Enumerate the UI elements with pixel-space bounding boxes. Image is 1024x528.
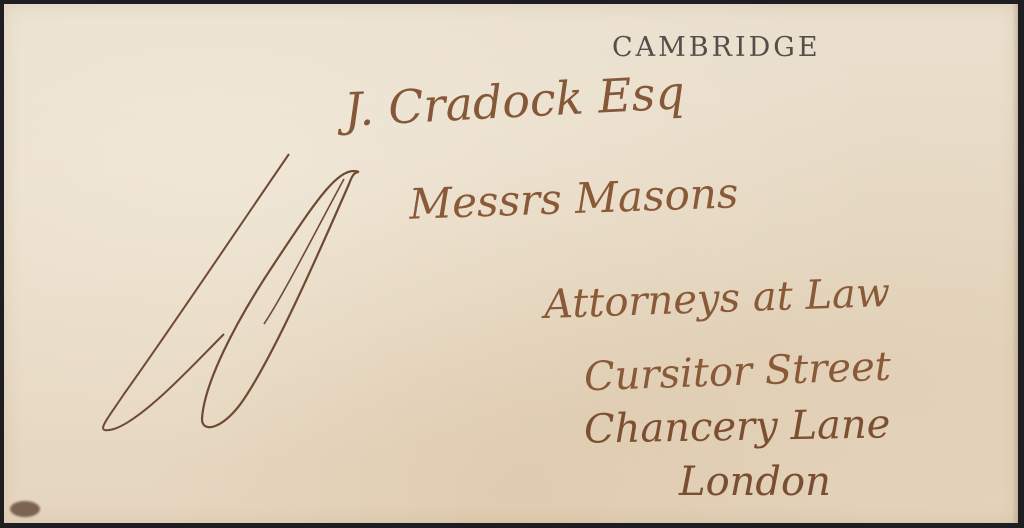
- paper-edge: [1012, 4, 1018, 523]
- ink-stain: [10, 501, 40, 517]
- address-line-city: London: [679, 459, 831, 505]
- address-line-street: Cursitor Street: [583, 344, 891, 401]
- address-line-profession: Attorneys at Law: [543, 270, 890, 328]
- postmark-stamp: CAMBRIDGE: [612, 32, 821, 63]
- envelope-cover: CAMBRIDGE J. Cradock Esq Messrs Masons A…: [4, 4, 1018, 523]
- address-line-firm: Messrs Masons: [408, 168, 739, 228]
- address-line-lane: Chancery Lane: [584, 401, 891, 452]
- rate-mark-handwritten: [84, 144, 384, 444]
- address-line-addressee: J. Cradock Esq: [343, 65, 686, 137]
